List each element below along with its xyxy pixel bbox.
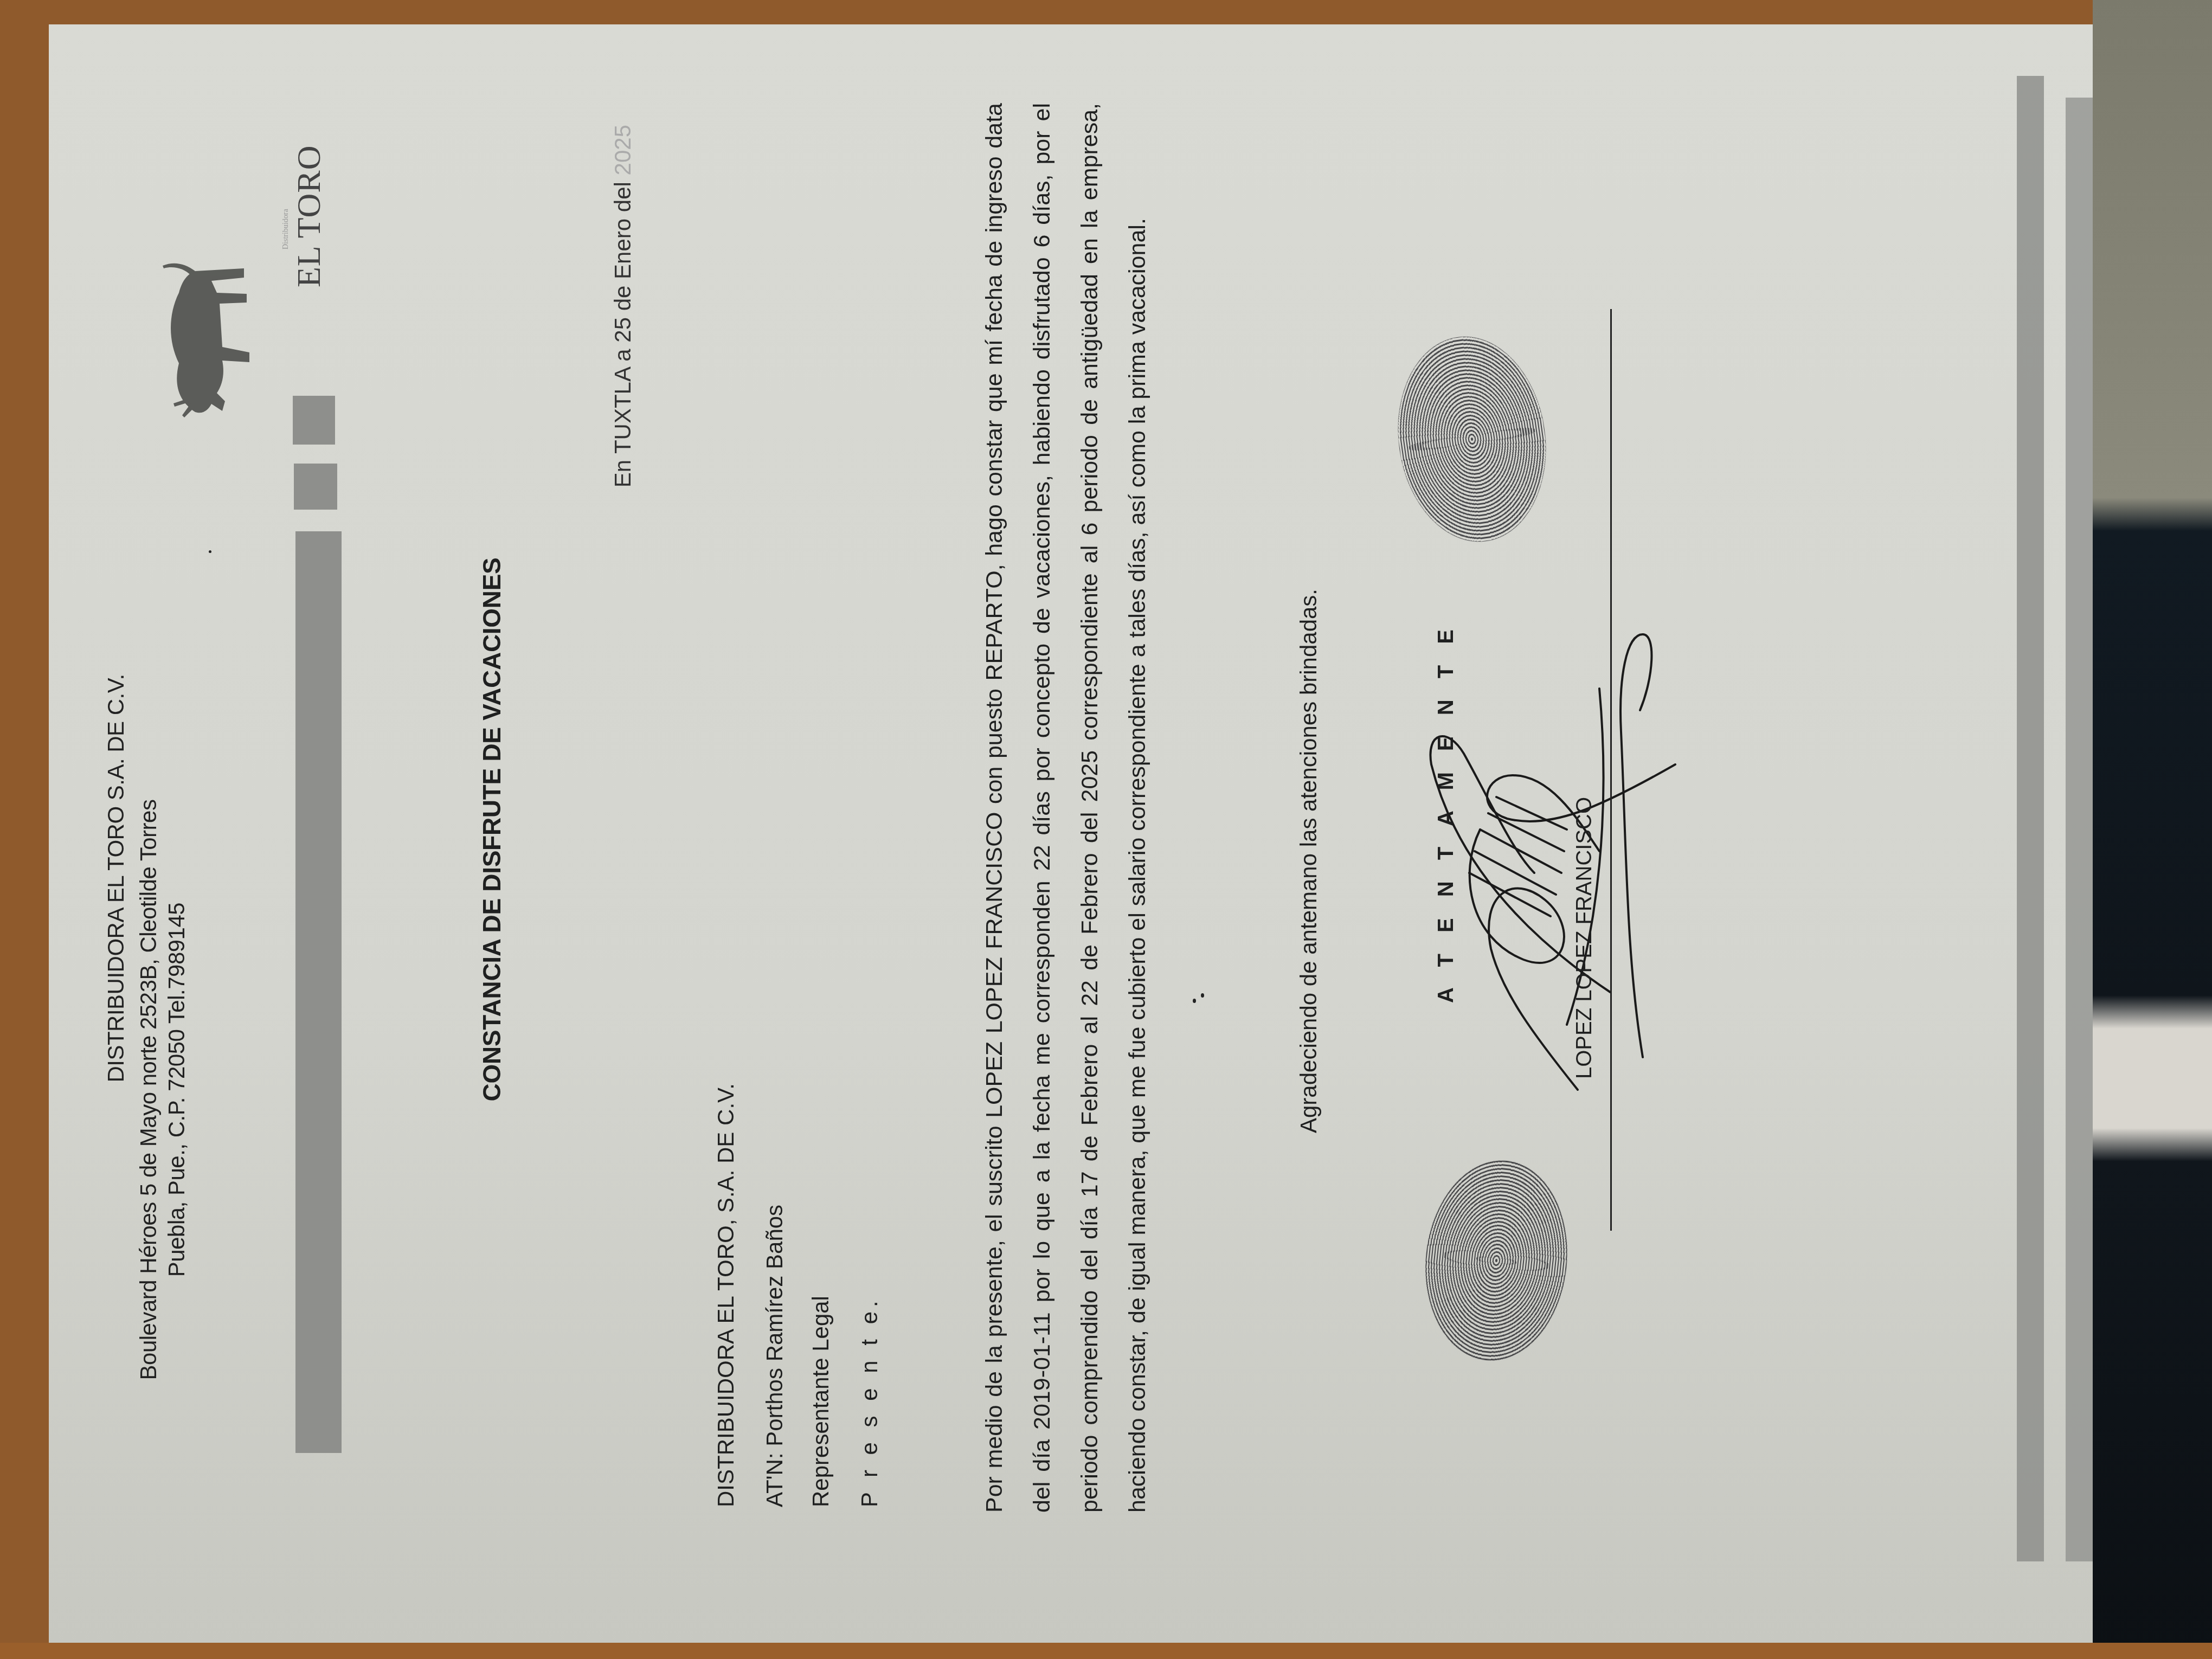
- signer-name: LOPEZ LOPEZ FRANCISCO: [1572, 797, 1597, 1079]
- paper-sheet-frame: DISTRIBUIDORA EL TORO S.A. DE C.V. Boule…: [49, 24, 2093, 1643]
- signature-line: [1610, 309, 1612, 1231]
- salutation: P r e s e n t e.: [857, 1296, 883, 1507]
- company-address: Boulevard Héroes 5 de Mayo norte 2523B, …: [136, 667, 162, 1513]
- fingerprint-left: [1416, 1153, 1577, 1367]
- bull-icon: [130, 260, 271, 423]
- background-desk: [0, 1643, 2212, 1659]
- addressee-company: DISTRIBUIDORA EL TORO, S.A. DE C.V.: [713, 1083, 739, 1507]
- paper-sheet: DISTRIBUIDORA EL TORO S.A. DE C.V. Boule…: [49, 24, 2093, 1643]
- logo-brand: EL TORO: [290, 145, 329, 287]
- document-title: CONSTANCIA DE DISFRUTE DE VACACIONES: [477, 342, 506, 1317]
- body-paragraph: Por medio de la presente, el suscrito LO…: [970, 103, 1161, 1513]
- date-year: 2025: [610, 125, 635, 175]
- logo-subtitle: Distribuidora: [282, 209, 291, 249]
- ink-speck: [1201, 993, 1204, 998]
- addressee-attention: AT'N: Porthos Ramírez Baños: [762, 1205, 788, 1507]
- header-bar-long: [295, 531, 342, 1453]
- footer-bar: [2066, 98, 2093, 1561]
- footer-bar: [2017, 76, 2044, 1561]
- date-line: En TUXTLA a 25 de Enero del 2025: [610, 125, 636, 613]
- background-fabric: [2093, 0, 2212, 1659]
- handwritten-signature: [1372, 504, 1697, 1155]
- ink-speck: [1193, 999, 1196, 1003]
- company-header: DISTRIBUIDORA EL TORO S.A. DE C.V.: [103, 618, 129, 1139]
- company-city-phone: Puebla, Pue., C.P. 72050 Tel.7989145: [164, 667, 190, 1513]
- date-text: En TUXTLA a 25 de Enero del: [610, 175, 635, 487]
- ink-speck: [209, 550, 211, 553]
- closing-line: Agradeciendo de antemano las atenciones …: [1296, 589, 1322, 1133]
- company-logo: Distribuidora EL TORO: [179, 125, 342, 504]
- addressee-role: Representante Legal: [808, 1296, 834, 1507]
